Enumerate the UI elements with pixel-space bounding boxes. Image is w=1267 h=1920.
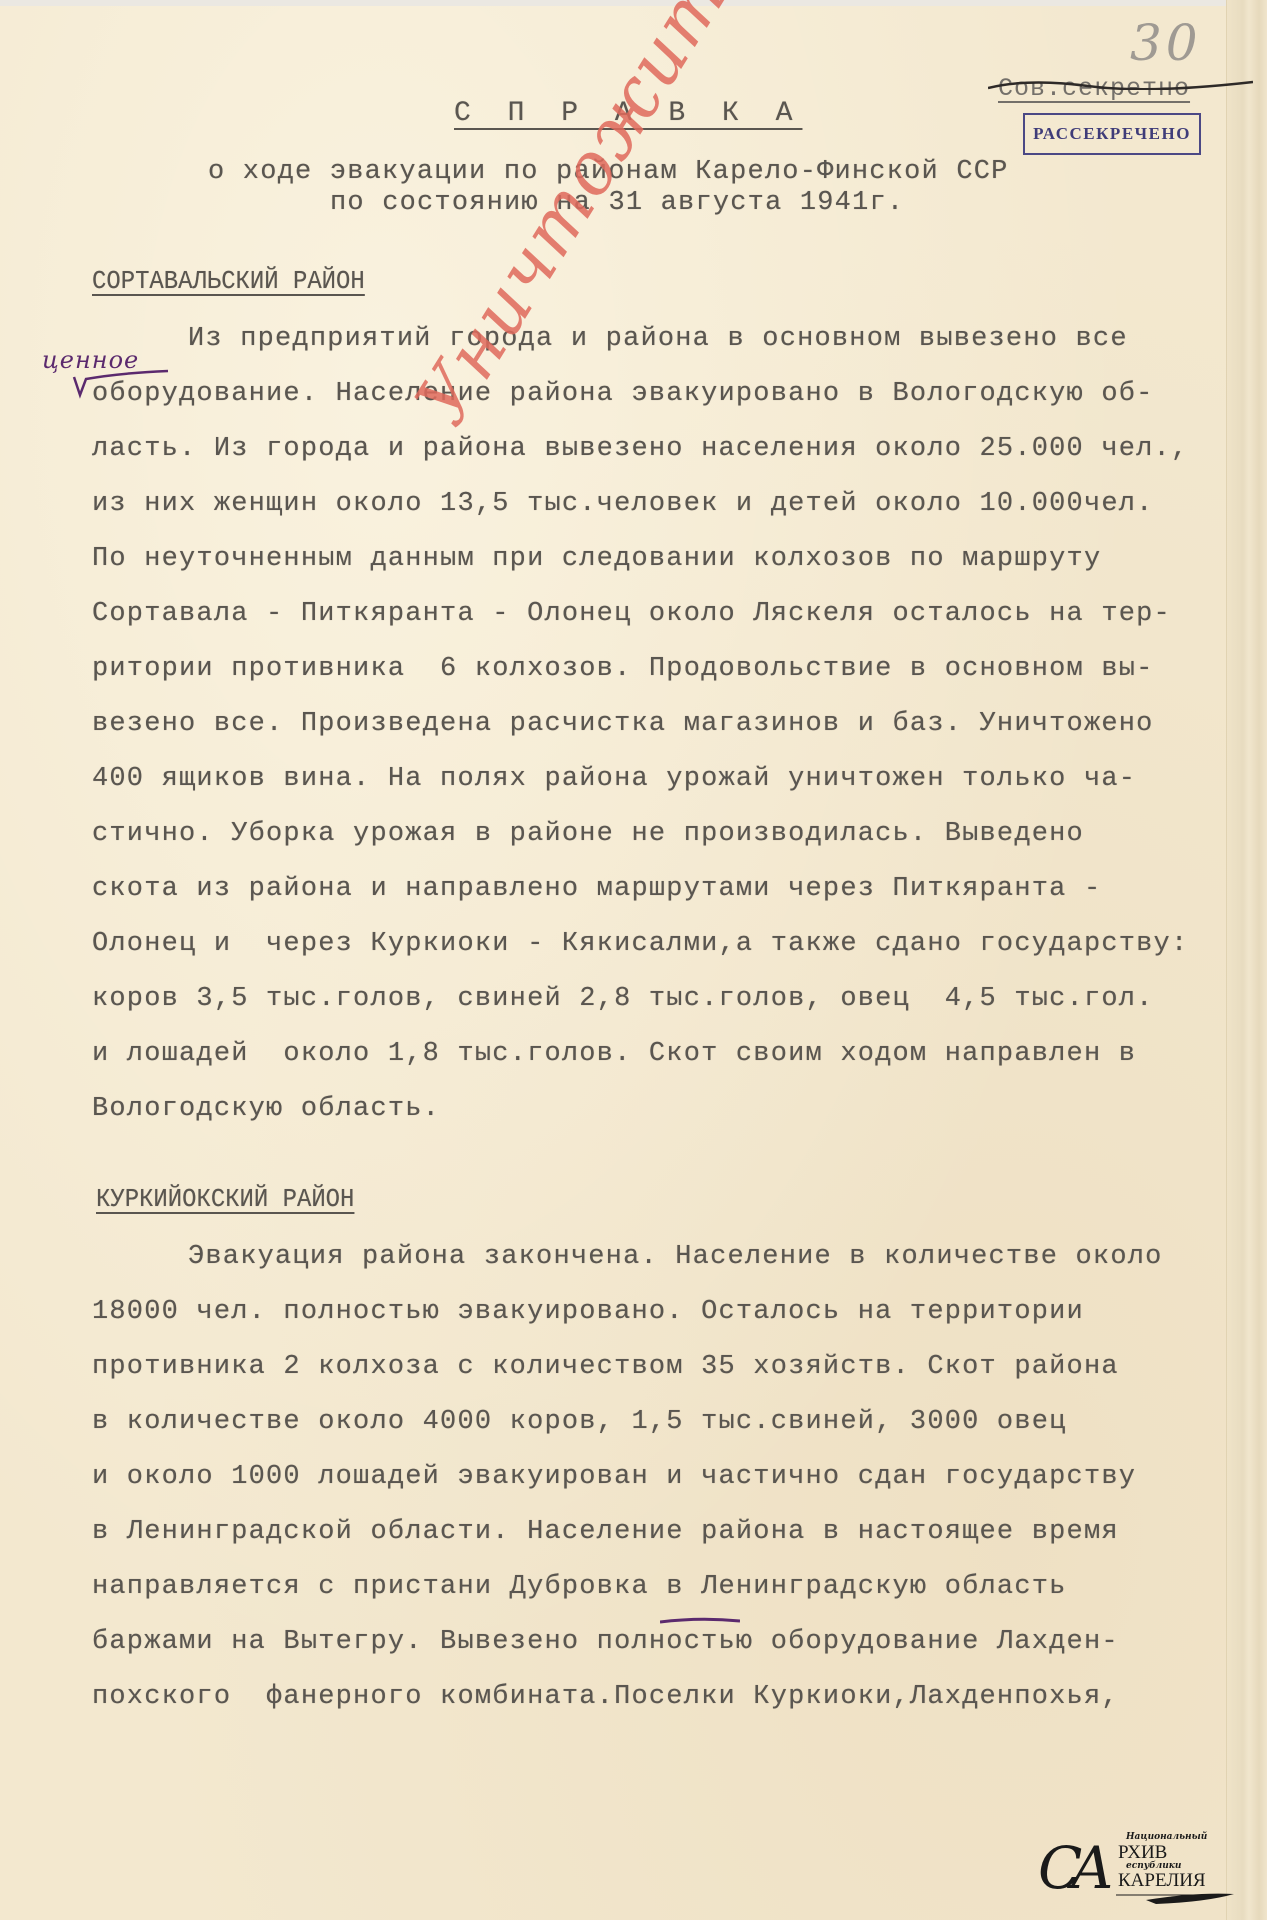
- text-line: скота из района и направлено маршрутами …: [92, 874, 1101, 904]
- text-line: противника 2 колхоза с количеством 35 хо…: [92, 1352, 1119, 1382]
- text-line: 18000 чел. полностью эвакуировано. Остал…: [92, 1297, 1084, 1327]
- purple-underline-mark: [660, 1616, 740, 1626]
- text-line: похского фанерного комбината.Поселки Кур…: [92, 1682, 1119, 1712]
- page-right-edge: [1226, 0, 1267, 1920]
- archive-logo: СА Национальный РХИВ еспублики КАРЕЛИЯ: [1036, 1828, 1236, 1908]
- page-number: 30: [1130, 14, 1202, 72]
- text-line: Олонец и через Куркиоки - Кякисалми,а та…: [92, 929, 1188, 959]
- strikethrough-mark: [988, 80, 1253, 90]
- declassified-stamp: РАССЕКРЕЧЕНО: [1023, 113, 1201, 155]
- text-line: в Ленинградской области. Население район…: [92, 1517, 1119, 1547]
- text-line: везено все. Произведена расчистка магази…: [92, 709, 1154, 739]
- logo-line4: КАРЕЛИЯ: [1118, 1870, 1206, 1892]
- text-line: и около 1000 лошадей эвакуирован и части…: [92, 1462, 1136, 1492]
- text-line: Из предприятий города и района в основно…: [188, 324, 1128, 354]
- text-line: ласть. Из города и района вывезено насел…: [92, 434, 1188, 464]
- text-line: Вологодскую область.: [92, 1094, 440, 1124]
- quill-feather-icon: [1116, 1892, 1236, 1908]
- text-line: 400 ящиков вина. На полях района урожай …: [92, 764, 1136, 794]
- text-line: коров 3,5 тыс.голов, свиней 2,8 тыс.голо…: [92, 984, 1154, 1014]
- page-top-edge: [0, 0, 1267, 6]
- text-line: оборудование. Население района эвакуиров…: [92, 379, 1154, 409]
- text-line: ритории противника 6 колхозов. Продоволь…: [92, 654, 1154, 684]
- text-line: направляется с пристани Дубровка в Ленин…: [92, 1572, 1067, 1602]
- text-line: в количестве около 4000 коров, 1,5 тыс.с…: [92, 1407, 1067, 1437]
- text-line: По неуточненным данным при следовании ко…: [92, 544, 1101, 574]
- text-line: и лошадей около 1,8 тыс.голов. Скот свои…: [92, 1039, 1136, 1069]
- text-line: из них женщин около 13,5 тыс.человек и д…: [92, 489, 1154, 519]
- text-line: баржами на Вытегру. Вывезено полностью о…: [92, 1627, 1119, 1657]
- logo-line1: Национальный: [1126, 1832, 1207, 1842]
- text-line: Эвакуация района закончена. Население в …: [188, 1242, 1163, 1272]
- checkmark-icon: [60, 355, 170, 405]
- logo-initials: СА: [1038, 1834, 1102, 1902]
- text-line: стично. Уборка урожая в районе не произв…: [92, 819, 1084, 849]
- text-line: Сортавала - Питкяранта - Олонец около Ля…: [92, 599, 1171, 629]
- section-heading-kurkijoki: КУРКИЙОКСКИЙ РАЙОН: [96, 1184, 354, 1214]
- section-heading-sortavala: СОРТАВАЛЬСКИЙ РАЙОН: [92, 266, 365, 296]
